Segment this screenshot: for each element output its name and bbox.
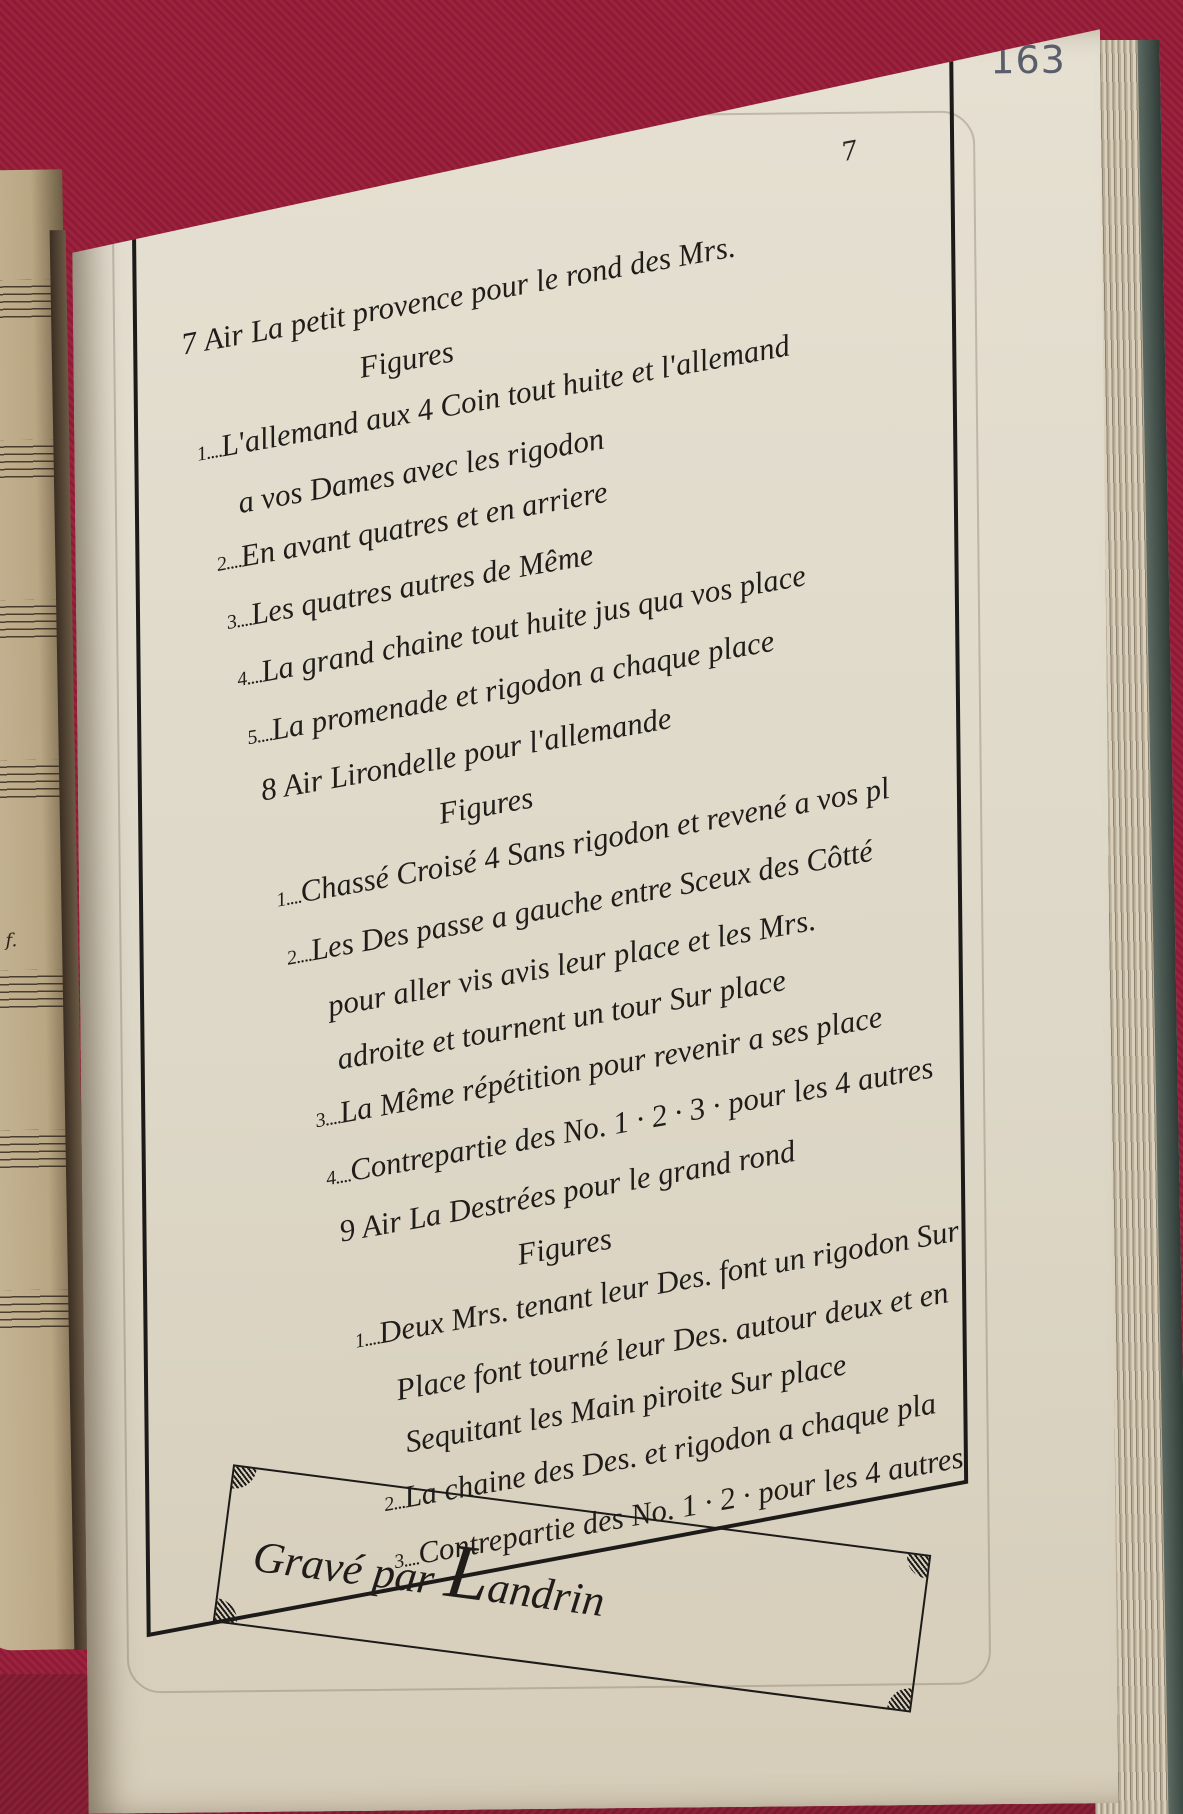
figure-number: 3.... (225, 607, 253, 633)
corner-ornament (215, 1598, 240, 1623)
engraver-signature: Gravé par Landrin (249, 1500, 611, 1635)
figure-number: 4.... (235, 665, 263, 691)
figure-number: 2.... (285, 943, 313, 969)
figure-number: 1.... (353, 1327, 381, 1353)
figure-number: 2.... (215, 550, 243, 576)
corner-ornament (904, 1554, 929, 1579)
figure-number: 1.... (195, 440, 223, 466)
right-page: 163 7 7 Air La petit provence pour le ro… (70, 29, 1119, 1814)
corner-ornament (232, 1467, 257, 1492)
figure-number: 1.... (275, 886, 303, 912)
folio-number: 163 (990, 38, 1066, 83)
engraver-name: andrin (485, 1562, 608, 1626)
figure-number: 4.... (324, 1164, 352, 1190)
book-cover-edge (1138, 40, 1183, 1814)
corner-ornament (887, 1686, 912, 1711)
engraver-prefix: Gravé par (250, 1532, 437, 1604)
figure-number: 5.... (246, 723, 274, 749)
figure-number: 3.... (314, 1106, 342, 1132)
dynamic-mark: f. (5, 930, 17, 951)
